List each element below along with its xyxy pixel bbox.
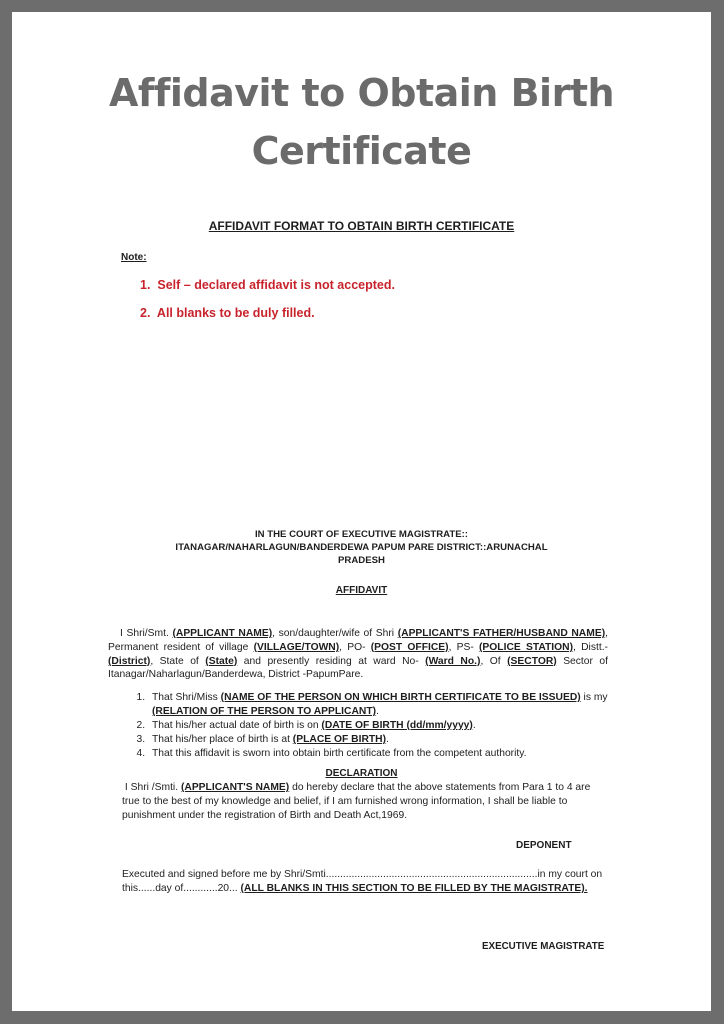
statement-item: That Shri/Miss (NAME OF THE PERSON ON WH…: [148, 691, 653, 719]
note-number: 2.: [140, 306, 150, 320]
note-text: All blanks to be duly filled.: [157, 306, 315, 320]
field-state: (State): [205, 656, 237, 667]
statement-item: That his/her actual date of birth is on …: [148, 719, 653, 733]
court-line: PRADESH: [12, 554, 711, 567]
note-number: 1.: [140, 278, 150, 292]
field-father-husband-name: (APPLICANT'S FATHER/HUSBAND NAME): [398, 628, 605, 639]
field-date-of-birth: (DATE OF BIRTH (dd/mm/yyyy): [321, 720, 472, 731]
statement-item: That his/her place of birth is at (PLACE…: [148, 733, 653, 747]
intro-paragraph: I Shri/Smt. (APPLICANT NAME), son/daught…: [108, 627, 608, 682]
field-place-of-birth: (PLACE OF BIRTH): [293, 734, 386, 745]
note-text: Self – declared affidavit is not accepte…: [157, 278, 395, 292]
format-heading: AFFIDAVIT FORMAT TO OBTAIN BIRTH CERTIFI…: [12, 219, 711, 233]
court-line: ITANAGAR/NAHARLAGUN/BANDERDEWA PAPUM PAR…: [12, 541, 711, 554]
page-title: Affidavit to Obtain Birth Certificate: [12, 64, 711, 180]
document-page: Affidavit to Obtain Birth Certificate AF…: [12, 12, 711, 1011]
field-applicant-name-declaration: (APPLICANT'S NAME): [181, 782, 289, 793]
executive-magistrate-label: EXECUTIVE MAGISTRATE: [482, 940, 604, 954]
field-sector: (SECTOR): [507, 656, 557, 667]
court-line: IN THE COURT OF EXECUTIVE MAGISTRATE::: [12, 528, 711, 541]
magistrate-note: (ALL BLANKS IN THIS SECTION TO BE FILLED…: [240, 883, 587, 894]
note-item: 2. All blanks to be duly filled.: [140, 306, 315, 320]
declaration-heading: DECLARATION: [12, 767, 711, 781]
field-applicant-name: (APPLICANT NAME): [172, 628, 272, 639]
field-person-name: (NAME OF THE PERSON ON WHICH BIRTH CERTI…: [221, 692, 581, 703]
field-village-town: (VILLAGE/TOWN): [254, 642, 340, 653]
deponent-label: DEPONENT: [516, 839, 572, 853]
note-label: Note:: [121, 251, 147, 265]
court-heading: IN THE COURT OF EXECUTIVE MAGISTRATE:: I…: [12, 528, 711, 567]
affidavit-heading: AFFIDAVIT: [12, 584, 711, 598]
field-ward-no: (Ward No.): [425, 656, 480, 667]
declaration-paragraph: I Shri /Smti. (APPLICANT'S NAME) do here…: [122, 781, 606, 823]
execution-paragraph: Executed and signed before me by Shri/Sm…: [122, 868, 612, 896]
field-relation: (RELATION OF THE PERSON TO APPLICANT): [152, 706, 376, 717]
statement-item: That this affidavit is sworn into obtain…: [148, 747, 653, 761]
field-police-station: (POLICE STATION): [479, 642, 573, 653]
note-item: 1. Self – declared affidavit is not acce…: [140, 278, 395, 292]
statement-list: That Shri/Miss (NAME OF THE PERSON ON WH…: [108, 691, 653, 761]
field-district: (District): [108, 656, 150, 667]
field-post-office: (POST OFFICE): [371, 642, 449, 653]
